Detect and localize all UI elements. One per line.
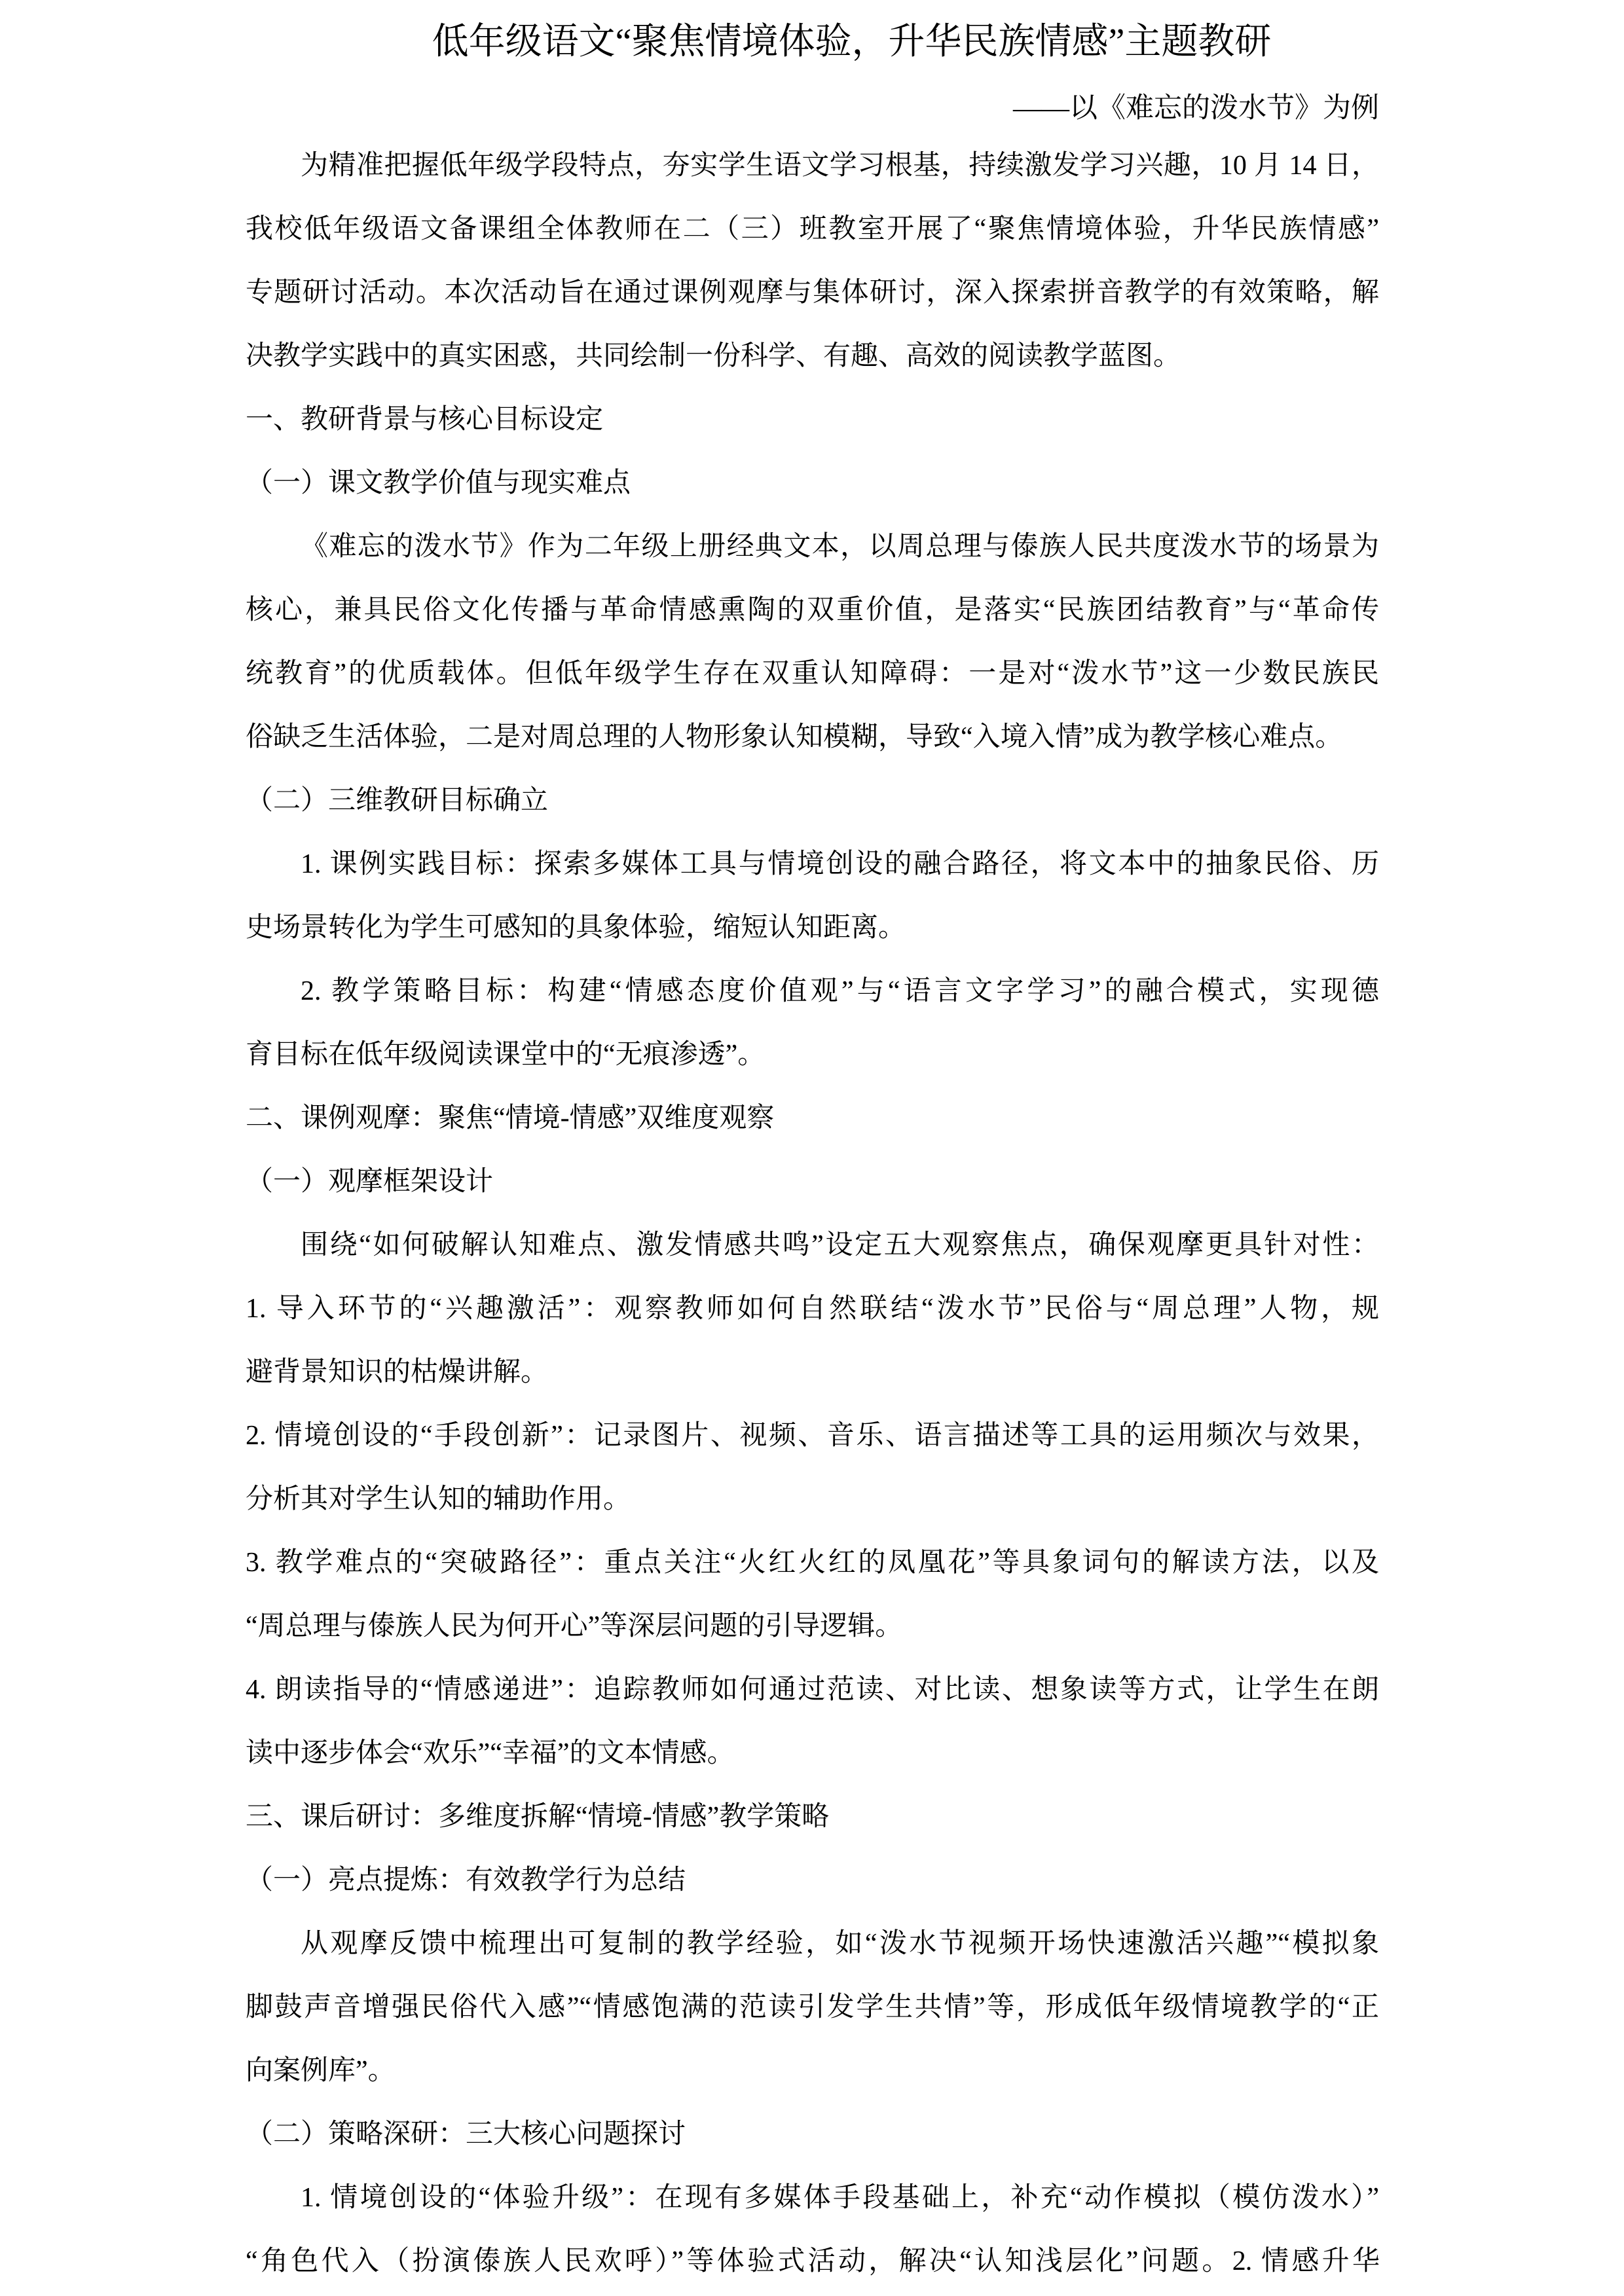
body-line: 3. 教学难点的“突破路径”：重点关注“火红火红的凤凰花”等具象词句的解读方法，… [246,1531,1379,1595]
document-page: 低年级语文“聚焦情境体验，升华民族情感”主题教研 ——以《难忘的泼水节》为例 为… [0,0,1624,2296]
body-line: 从观摩反馈中梳理出可复制的教学经验，如“泼水节视频开场快速激活兴趣”“模拟象 [246,1912,1379,1976]
document-subtitle: ——以《难忘的泼水节》为例 [246,85,1379,132]
body-line: 向案例库”。 [246,2039,1379,2103]
body-line: 读中逐步体会“欢乐”“幸福”的文本情感。 [246,1722,1379,1785]
body-line: 二、课例观摩：聚焦“情境-情感”双维度观察 [246,1087,1379,1150]
body-line: （二）三维教研目标确立 [246,769,1379,833]
body-line: 俗缺乏生活体验，二是对周总理的人物形象认知模糊，导致“入境入情”成为教学核心难点… [246,706,1379,769]
body-line: 三、课后研讨：多维度拆解“情境-情感”教学策略 [246,1785,1379,1849]
body-line: “角色代入（扮演傣族人民欢呼）”等体验式活动，解决“认知浅层化”问题。2. 情感… [246,2230,1379,2293]
body-line: 避背景知识的枯燥讲解。 [246,1341,1379,1404]
body-line: 1. 导入环节的“兴趣激活”：观察教师如何自然联结“泼水节”民俗与“周总理”人物… [246,1277,1379,1341]
document-title: 低年级语文“聚焦情境体验，升华民族情感”主题教研 [246,9,1379,75]
body-line: 核心，兼具民俗文化传播与革命情感熏陶的双重价值，是落实“民族团结教育”与“革命传 [246,579,1379,642]
body-line: 决教学实践中的真实困惑，共同绘制一份科学、有趣、高效的阅读教学蓝图。 [246,325,1379,388]
body-line: 育目标在低年级阅读课堂中的“无痕渗透”。 [246,1023,1379,1087]
body-line: 统教育”的优质载体。但低年级学生存在双重认知障碍：一是对“泼水节”这一少数民族民 [246,642,1379,706]
body-line: 1. 情境创设的“体验升级”：在现有多媒体手段基础上，补充“动作模拟（模仿泼水）… [246,2166,1379,2230]
body-line: “周总理与傣族人民为何开心”等深层问题的引导逻辑。 [246,1595,1379,1658]
body-line: 2. 教学策略目标：构建“情感态度价值观”与“语言文字学习”的融合模式，实现德 [246,960,1379,1023]
body-line: 脚鼓声音增强民俗代入感”“情感饱满的范读引发学生共情”等，形成低年级情境教学的“… [246,1976,1379,2039]
body-line: 围绕“如何破解认知难点、激发情感共鸣”设定五大观察焦点，确保观摩更具针对性： [246,1214,1379,1277]
body-line: 我校低年级语文备课组全体教师在二（三）班教室开展了“聚焦情境体验，升华民族情感” [246,198,1379,261]
body-line: （一）亮点提炼：有效教学行为总结 [246,1849,1379,1912]
body-line: 《难忘的泼水节》作为二年级上册经典文本，以周总理与傣族人民共度泼水节的场景为 [246,515,1379,579]
body-line: 分析其对学生认知的辅助作用。 [246,1468,1379,1531]
body-line: 为精准把握低年级学段特点，夯实学生语文学习根基，持续激发学习兴趣，10 月 14… [246,134,1379,198]
document-body: 为精准把握低年级学段特点，夯实学生语文学习根基，持续激发学习兴趣，10 月 14… [246,134,1379,2293]
body-line: 1. 课例实践目标：探索多媒体工具与情境创设的融合路径，将文本中的抽象民俗、历 [246,833,1379,896]
body-line: （一）观摩框架设计 [246,1150,1379,1214]
body-line: （一）课文教学价值与现实难点 [246,452,1379,515]
body-line: 专题研讨活动。本次活动旨在通过课例观摩与集体研讨，深入探索拼音教学的有效策略，解 [246,261,1379,325]
body-line: 史场景转化为学生可感知的具象体验，缩短认知距离。 [246,896,1379,960]
body-line: 2. 情境创设的“手段创新”：记录图片、视频、音乐、语言描述等工具的运用频次与效… [246,1404,1379,1468]
body-line: （二）策略深研：三大核心问题探讨 [246,2103,1379,2166]
body-line: 一、教研背景与核心目标设定 [246,388,1379,452]
body-line: 4. 朗读指导的“情感递进”：追踪教师如何通过范读、对比读、想象读等方式，让学生… [246,1658,1379,1722]
